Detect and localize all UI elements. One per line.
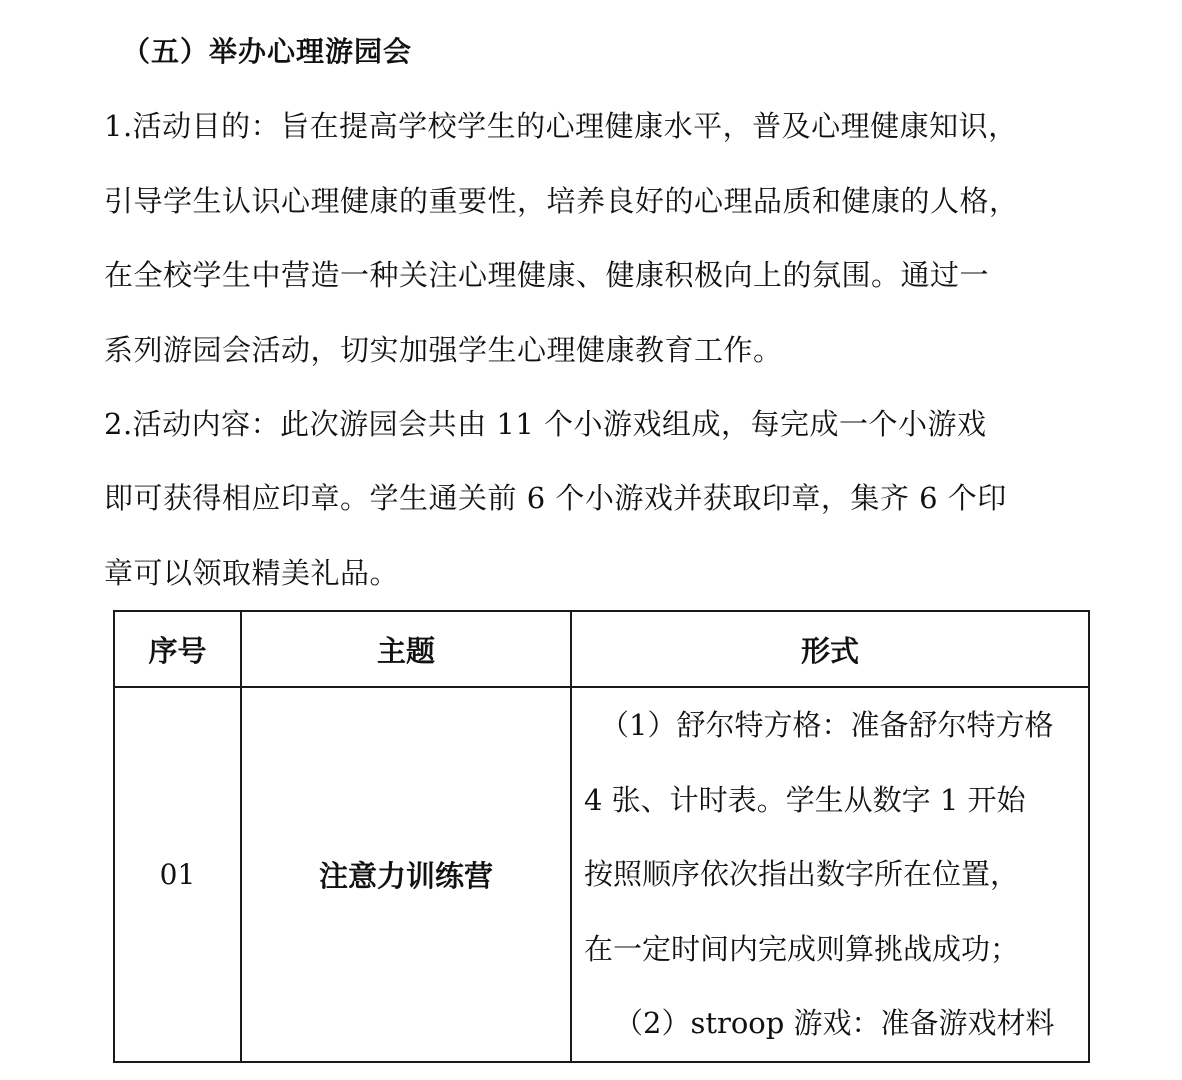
row-theme: 注意力训练营 — [241, 687, 571, 1062]
header-index: 序号 — [114, 611, 241, 687]
form-line-4: 在一定时间内完成则算挑战成功； — [572, 912, 1088, 987]
section-heading: （五）举办心理游园会 — [122, 30, 412, 74]
purpose-line-2: 引导学生认识心理健康的重要性，培养良好的心理品质和健康的人格， — [104, 181, 1114, 221]
header-form: 形式 — [571, 611, 1089, 687]
purpose-line-1: 1.活动目的：旨在提高学校学生的心理健康水平，普及心理健康知识， — [104, 106, 1114, 146]
form-line-2: 4 张、计时表。学生从数字 1 开始 — [572, 763, 1088, 838]
purpose-line-3: 在全校学生中营造一种关注心理健康、健康积极向上的氛围。通过一 — [104, 255, 1114, 295]
row-index: 01 — [114, 687, 241, 1062]
content-line-2: 即可获得相应印章。学生通关前 6 个小游戏并获取印章，集齐 6 个印 — [104, 478, 1114, 518]
form-line-3: 按照顺序依次指出数字所在位置， — [572, 837, 1088, 912]
form-line-5: （2）stroop 游戏：准备游戏材料 — [572, 986, 1088, 1061]
form-line-1: （1）舒尔特方格：准备舒尔特方格 — [572, 688, 1088, 763]
content-line-1: 2.活动内容：此次游园会共由 11 个小游戏组成，每完成一个小游戏 — [104, 404, 1114, 444]
table-row: 01 注意力训练营 （1）舒尔特方格：准备舒尔特方格 4 张、计时表。学生从数字… — [114, 687, 1089, 1062]
content-line-3: 章可以领取精美礼品。 — [104, 553, 1114, 593]
row-form: （1）舒尔特方格：准备舒尔特方格 4 张、计时表。学生从数字 1 开始 按照顺序… — [571, 687, 1089, 1062]
header-theme: 主题 — [241, 611, 571, 687]
table-header-row: 序号 主题 形式 — [114, 611, 1089, 687]
games-table: 序号 主题 形式 01 注意力训练营 （1）舒尔特方格：准备舒尔特方格 4 张、… — [113, 610, 1090, 1063]
purpose-line-4: 系列游园会活动，切实加强学生心理健康教育工作。 — [104, 330, 1114, 370]
